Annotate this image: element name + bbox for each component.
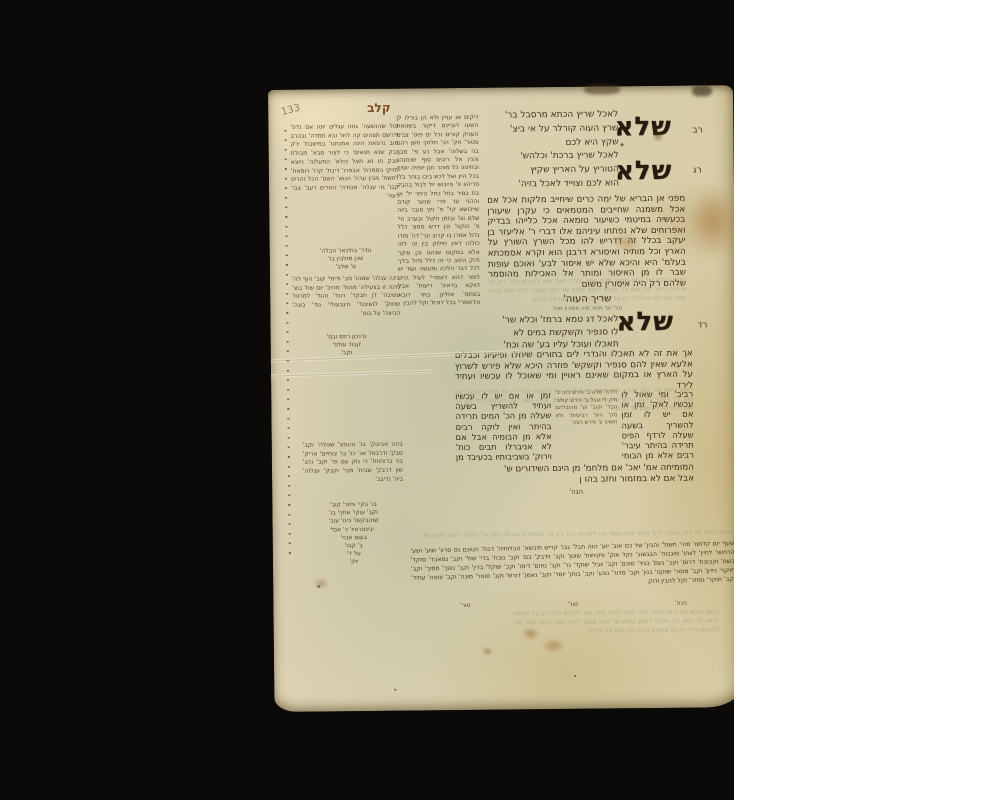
main-text-paragraph-2: אך את זה לא תאכלו והנדרי לים בחורים שיחל… <box>455 349 693 391</box>
section-heading-lines: לאכל שריץ הכתא מרסבל בר' שרץ העוה קורלר … <box>486 108 619 192</box>
section-3-heading-lines: לאכל דג טמא ברמז' וכלא שר' לו סנפיר וקשק… <box>488 313 618 352</box>
hebrew-folio-number: קלב <box>367 101 391 115</box>
stain <box>689 185 738 257</box>
initial-word-shelo-3: שלא <box>616 307 674 338</box>
stain <box>692 85 712 96</box>
heading-line: שקץ היא לכם <box>487 136 619 151</box>
heading-line: לאכל דג טמא ברמז' וכלא שר' <box>488 313 618 327</box>
sub-word: טור' <box>567 601 578 608</box>
ink-speck <box>574 675 576 677</box>
margin-note-block-3-taper: בו' בקי' וחזר' קוב' וקב' עוקי' אוקי' בו'… <box>303 501 404 568</box>
heading-line: לאכל שריץ ברכת' וכלהש' <box>487 150 619 165</box>
embedded-gloss: ולדמ' שלא ב' פירש בזה ב' חיק לי אבל ב' פ… <box>555 389 618 460</box>
stain <box>584 84 620 94</box>
closing-lines: המומיחה אמ' יאכ' אם מלחמ' מן הינם השידור… <box>456 463 694 487</box>
margin-note-block-2: בינה עגלה' שמהו' מב' ודימי' קוב' הוף לה'… <box>292 275 400 320</box>
sub-word: הנה' <box>675 600 687 607</box>
split-left-text: זמן או אם יש לו עכשיו ועתיד להשריץ בשעה … <box>455 390 552 463</box>
main-text-paragraph-1: מפני אן הבריא של ימה כרים שיחייב מלקות א… <box>487 194 686 296</box>
margin-note-block-1-taper: ונדר' בולכאו' הבלה' שכן מולבין בו' ס' של… <box>292 247 400 273</box>
split-right-text: רביב' ומי שאול לו עכשיו לאק' זמן או אם י… <box>621 389 694 462</box>
show-through-text: רושם קלוש של כתב מעבר לדף הפוך וכהה מאד … <box>513 607 718 651</box>
commandment-number-3: רד <box>697 320 707 330</box>
stain <box>482 647 493 656</box>
commandment-number-1: רב <box>692 125 702 135</box>
initial-word-shelo-2: שלא <box>615 156 673 187</box>
heading-line: הטוריץ על האריץ שקיץ <box>487 164 619 179</box>
heading-line: לאכל שריץ הכתא מרסבל בר' <box>486 108 618 123</box>
ink-speck <box>394 689 396 691</box>
commandment-number-2: רג <box>693 165 702 175</box>
pencil-folio-number: 133 <box>280 103 301 118</box>
pricking-dots-column <box>284 130 291 562</box>
taper-line: יוק' <box>304 558 404 567</box>
scan-padding-white <box>734 0 1000 800</box>
heading-line: שרץ העוה קורלר על אי ביצ' <box>486 122 618 137</box>
closing-line: אבל אם לא במזמור וחזב בהו ן <box>456 474 694 487</box>
heading-line: הוא לכם וצוייד לאכל בזיה' <box>487 177 619 192</box>
ink-speck <box>331 527 333 529</box>
sub-word: טור' <box>460 602 471 609</box>
stain <box>313 577 329 589</box>
ink-speck <box>621 143 624 146</box>
manuscript-photo-black-background: 133 קלב וטל שהנשעה' גוזה עגלים יוטו אם נ… <box>0 0 734 800</box>
initial-word-shelo-1: שלא <box>614 112 672 143</box>
main-text-split-zone: זמן או אם יש לו עכשיו ועתיד להשריץ בשעה … <box>455 389 694 463</box>
manuscript-page: 133 קלב וטל שהנשעה' גוזה עגלים יוטו אם נ… <box>268 85 739 712</box>
ink-speck <box>317 585 320 587</box>
taper-line: ס' שלב' <box>292 263 400 272</box>
margin-note-block-1: וטל שהנשעה' גוזה עגלים יוטו אם נדפ' ידרש… <box>290 123 399 202</box>
colophon-mark: הגה' <box>556 488 596 496</box>
bottom-cursive-block: שעף יום קדושו' מהי' חשול' והבין' של כם א… <box>410 539 735 602</box>
margin-note-block-3: בינה אבינוק' בו' נהנפצ' שגולה' וקב' סבק'… <box>303 441 403 486</box>
paragraph-ending: שריך העוה' <box>488 293 686 306</box>
